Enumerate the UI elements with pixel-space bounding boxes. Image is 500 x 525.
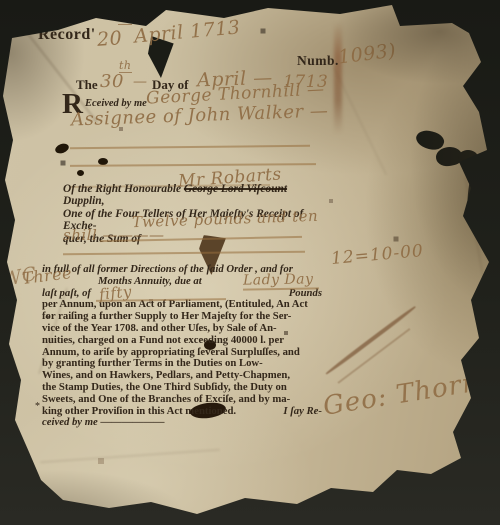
dashed-bracket-line (0, 0, 2, 332)
struck-through-name: George Lord Viſcount (184, 183, 287, 195)
payer-line1: Of the Right Honourable George Lord Viſc… (63, 183, 325, 208)
number-value-handwritten: 1093) (337, 40, 398, 69)
paper-speckles (0, 0, 2, 2)
margin-asterisk: * (35, 401, 40, 412)
stain-diagonal-stroke (325, 305, 417, 376)
ink-blot (77, 170, 84, 176)
margin-asterisk: * (45, 314, 50, 325)
date-day-suffix-handwritten: th (119, 59, 132, 73)
record-label: Record' (38, 26, 96, 44)
aged-paper-sheet: Record' 20 th April 1713 Numb. 1093) The… (0, 0, 500, 525)
date-day-handwritten: 30 (100, 71, 124, 92)
number-label: Numb. (297, 53, 339, 69)
signature-handwritten: Geo: Thornhill— (321, 356, 500, 422)
body-line: vice of the Year 1708. and other Uſes, b… (42, 323, 322, 335)
record-day-handwritten: 20 (96, 27, 123, 51)
ruled-line (70, 145, 310, 149)
scanned-receipt-canvas: Record' 20 th April 1713 Numb. 1093) The… (0, 0, 500, 525)
ruled-line (63, 251, 305, 255)
date-dash: — (133, 74, 148, 90)
payer-line1-post: Dupplin, (63, 195, 104, 207)
margin-initials-handwritten: WC (0, 263, 39, 292)
due-date-handwritten: Lady Day (243, 271, 314, 288)
i-say-received: I ſay Re- (283, 406, 322, 418)
paper-crease (40, 449, 220, 464)
ink-stain-streak (334, 22, 342, 134)
record-day-suffix-handwritten: th (118, 10, 132, 25)
body-line: ceived by me —————— (42, 417, 322, 429)
payer-line1-pre: Of the Right Honourable (63, 183, 184, 195)
torn-hole (465, 167, 486, 220)
record-date-handwritten: April 1713 (133, 16, 241, 47)
torn-hole (458, 150, 478, 165)
ink-blot (54, 142, 70, 155)
amount-figures-handwritten: 12=10-00 (330, 241, 424, 269)
body-line: Sweets, and One of the Branches of Exciſ… (42, 394, 322, 406)
body-line: the Stamp Duties, the One Third Subſidy,… (42, 382, 322, 394)
body-line: nuities, charged on a Fund not exceeding… (42, 335, 322, 347)
